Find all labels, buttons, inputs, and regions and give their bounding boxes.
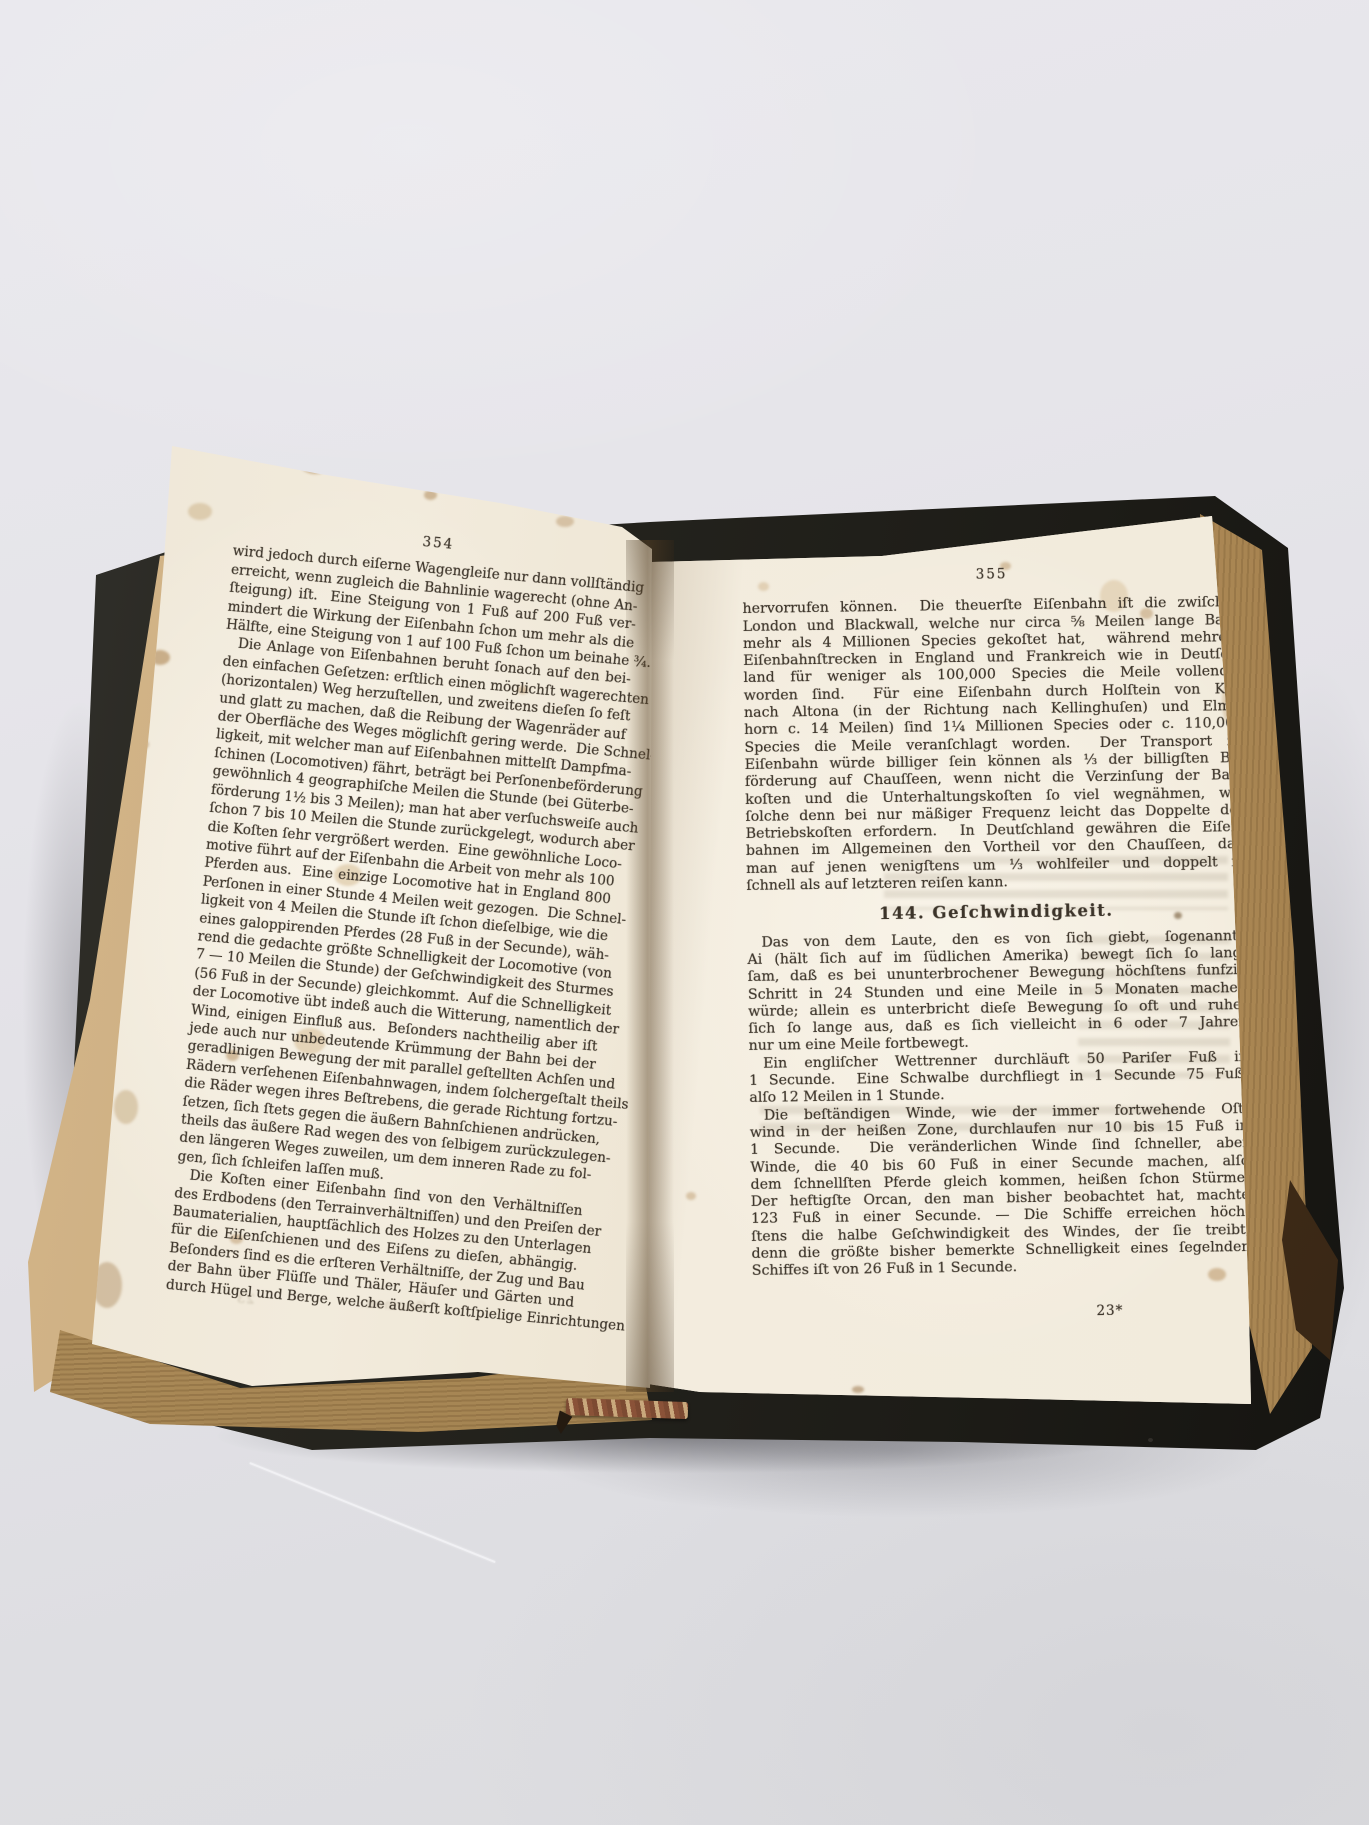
photo-of-open-book: 23 Gnomon. 354 wird jedoch durch eiſerne…	[0, 0, 1369, 1825]
right-page-paragraph: Das von dem Laute, den es von ſich giebt…	[747, 928, 1248, 1056]
right-page-paragraph: hervorrufen können. Die theuerſte Eiſenb…	[742, 594, 1245, 895]
right-page-paragraph: Ein engliſcher Wettrenner durchläuft 50 …	[749, 1049, 1249, 1108]
section-heading: 144. Geſchwindigkeit.	[747, 900, 1246, 924]
foxing-spot	[852, 1386, 864, 1393]
foxing-spot	[114, 1090, 138, 1124]
left-page-text-block: 354 wird jedoch durch eiſerne Wagengleiſ…	[165, 516, 642, 1331]
foxing-spot	[556, 516, 574, 527]
surface-speck	[1148, 1438, 1153, 1442]
right-page-text-block: 355 hervorrufen können. Die theuerſte Ei…	[742, 563, 1251, 1325]
foxing-spot	[188, 503, 212, 520]
right-page-paragraph: Die beſtändigen Winde, wie der immer for…	[750, 1101, 1251, 1281]
gutter-shadow	[626, 540, 674, 1392]
foxing-spot	[686, 1192, 696, 1200]
left-page-body: wird jedoch durch eiſerne Wagengleiſe nu…	[165, 542, 640, 1331]
